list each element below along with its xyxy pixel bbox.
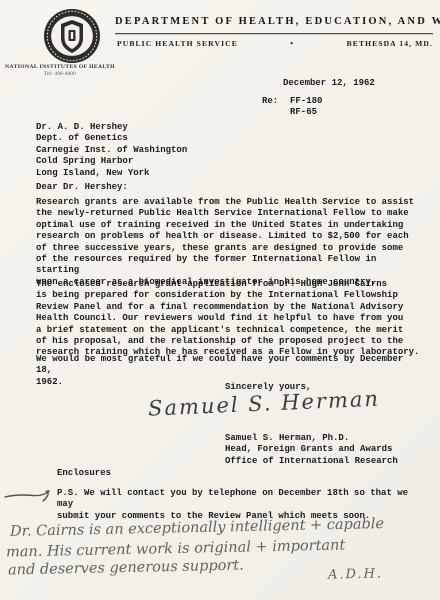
recipient-address: Dr. A. D. Hershey Dept. of Genetics Carn…	[36, 122, 187, 179]
letter-date: December 12, 1962	[283, 78, 375, 89]
handwritten-signature: Samuel S. Herman	[148, 385, 409, 420]
nih-seal-icon	[42, 8, 102, 64]
handwritten-initials: A.D.H.	[328, 566, 383, 582]
letterhead-subheader: PUBLIC HEALTH SERVICE • BETHESDA 14, MD.	[117, 39, 433, 48]
re-label: Re:	[262, 96, 278, 107]
institute-label: NATIONAL INSTITUTES OF HEALTH	[0, 64, 120, 70]
handwritten-arrow-icon	[3, 486, 55, 506]
re-number-2: RF-65	[290, 107, 317, 118]
salutation: Dear Dr. Hershey:	[36, 182, 128, 193]
letter-page: NATIONAL INSTITUTES OF HEALTH Tel: 496-4…	[0, 0, 440, 600]
department-title: DEPARTMENT OF HEALTH, EDUCATION, AND WEL…	[115, 16, 435, 27]
body-paragraph-1: Research grants are available from the P…	[36, 197, 420, 288]
handwritten-note-line-3: and deserves generous support.	[8, 558, 244, 579]
letterhead-divider	[115, 33, 433, 34]
handwritten-note-line-2: man. His current work is original + impo…	[6, 537, 346, 560]
re-number-1: FF-180	[290, 96, 322, 107]
signer-block: Samuel S. Herman, Ph.D. Head, Foreign Gr…	[225, 433, 398, 467]
institute-phone: Tel: 496-4000	[0, 71, 120, 77]
service-label: PUBLIC HEALTH SERVICE	[117, 39, 238, 48]
enclosures-label: Enclosures	[57, 468, 111, 479]
location-label: BETHESDA 14, MD.	[347, 39, 433, 48]
institute-name: NATIONAL INSTITUTES OF HEALTH Tel: 496-4…	[0, 64, 120, 77]
separator-dot: •	[290, 39, 294, 48]
body-paragraph-2: The enclosed research grant application …	[36, 279, 420, 359]
